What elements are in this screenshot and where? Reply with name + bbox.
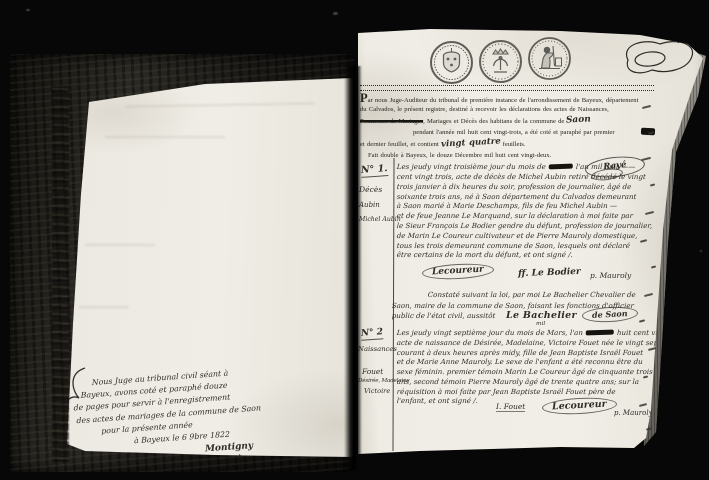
witness-signature: p. Mauroly [590, 271, 631, 280]
entry1-line: Les jeudy vingt troisième jour du mois d… [396, 162, 546, 172]
entry1-margin-line: Michel Aubin [359, 217, 395, 223]
entry2-line: huit cent vingt trois, [617, 328, 691, 338]
bleedthrough-mark [125, 102, 315, 108]
struck-ink-blot [586, 330, 614, 336]
entry1-line: et de feue Jeanne Le Marquand, sur la dé… [396, 211, 655, 221]
father-signature: I. Fouet [496, 402, 525, 412]
dust-speck [26, 9, 30, 11]
entry1-line: tous les trois demeurant commune de Saon… [396, 241, 655, 251]
preamble-line: Fait double à Bayeux, le douze Décembre … [368, 152, 551, 160]
entry2-margin-line: Victoire [364, 388, 396, 395]
handwritten-commune: Saon [566, 115, 591, 124]
entry2-line: réquisition à moi faite par Jean Baptist… [396, 387, 657, 397]
bleedthrough-mark [85, 244, 155, 246]
preamble-line: et dernier feuillet, et contient [360, 141, 439, 149]
entry2-line: sexe féminin. premier témoin Marin Le Co… [396, 367, 657, 377]
entry1-line: être certains de la mort du défunt, et o… [396, 250, 655, 260]
preamble-line: pendant l'année mil huit cent vingt-troi… [413, 129, 615, 137]
entry2-line: courant à deux heures après midy, fille … [396, 348, 657, 358]
entry1-line: de Marin Le Coureur cultivateur et de Pi… [396, 231, 655, 241]
entry1-line: le Sieur François Le Bodier gendre du dé… [396, 221, 655, 231]
dust-speck [700, 250, 702, 252]
preamble-line: , Mariages et Décès des habitans de la c… [423, 118, 564, 126]
bleedthrough-mark [105, 136, 225, 138]
entry1-margin-number: N° 1. [361, 163, 389, 178]
preamble-line: du Calvados, le présent registre, destin… [360, 106, 609, 114]
entry2-margin-line: Naissances [358, 346, 396, 353]
ornamental-dotted-rule [360, 85, 654, 91]
book-gutter [344, 66, 362, 470]
dust-speck [333, 12, 338, 15]
calvados-shield-stamp-icon [429, 40, 474, 85]
folio-paraph-icon [608, 30, 703, 76]
handwritten-folio-count: vingt quatre [441, 137, 501, 148]
entry2-margin-number: N° 2 [361, 327, 384, 341]
entry2-line: Les jeudy vingt septième jour du mois de… [396, 328, 583, 338]
interline-insertion: mil [536, 321, 545, 327]
worn-page-edge [52, 86, 69, 462]
preamble-line: Par nous Juge-Auditeur du tribunal de pr… [360, 94, 638, 105]
entry1-line: trois janvier à dix heures du soir, prof… [396, 182, 655, 192]
struck-text: Promesses de Mariages [360, 118, 423, 126]
folio-number: 40 [662, 33, 670, 40]
entry1-line: soixante trois ans, né à Saon départemen… [396, 192, 655, 202]
entry2-line: l'enfant, et ont signé /. [396, 396, 657, 406]
preamble-line: feuillets. [503, 141, 526, 149]
entry1-line: à Saon marié à Marie Deschamps, fils de … [396, 201, 655, 211]
timbre-royal-stamp-icon [527, 36, 572, 81]
closure-line: Constaté suivant la loi, par moi Le Bach… [391, 290, 664, 301]
crowned-cipher-stamp-icon [478, 39, 523, 84]
struck-ink-blot [549, 164, 573, 170]
left-page: Nous Juge au tribunal civil séant àBayeu… [55, 74, 353, 464]
entry2-line: acte de naissance de Désirée, Madelaine,… [396, 338, 657, 348]
witness-signature: p. Mauroly [614, 409, 653, 417]
entry2-line: ans, second témoin Pierre Mauroly âgé de… [396, 377, 657, 387]
mayor-signature: Le Bachelier [506, 310, 577, 321]
entry2-line: et de Marie Anne Mauroly. Le sexe de l'e… [396, 357, 657, 367]
entry2-margin-line: Désirée, Madelaine [358, 379, 396, 385]
entry1-margin-line: Aubin [359, 202, 395, 209]
entry1-margin-line: Décès [359, 186, 395, 194]
witness-signature: Lecoureur [422, 262, 495, 281]
register-scan: Nous Juge au tribunal civil séant àBayeu… [0, 0, 709, 480]
witness-signature: ff. Le Bodier [518, 267, 581, 279]
bleedthrough-mark [79, 306, 129, 308]
entry2-margin-line: Fouet [362, 368, 396, 375]
